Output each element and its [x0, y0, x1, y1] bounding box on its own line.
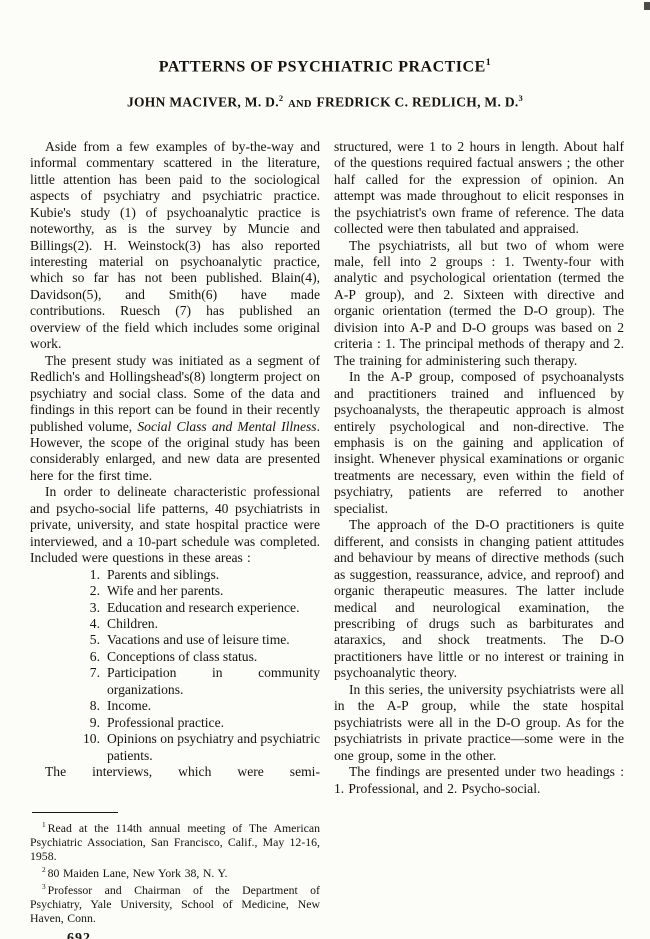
list-item: 8.Income.	[74, 698, 320, 714]
list-item-number: 7.	[74, 665, 100, 698]
right-paragraph-6: The findings are presented under two hea…	[334, 764, 624, 797]
numbered-list: 1.Parents and siblings. 2.Wife and her p…	[74, 567, 320, 764]
book-title-italic: Social Class and Mental Illness	[137, 419, 316, 434]
right-column: structured, were 1 to 2 hours in length.…	[334, 139, 624, 939]
list-item-number: 8.	[74, 698, 100, 714]
page-title-text: PATTERNS OF PSYCHIATRIC PRACTICE	[159, 58, 486, 75]
list-item-number: 10.	[74, 731, 100, 764]
left-column: Aside from a few examples of by-the-way …	[30, 139, 320, 939]
authors-conjunction: AND	[288, 99, 312, 110]
list-item-number: 5.	[74, 632, 100, 648]
list-item-text: Vacations and use of leisure time.	[107, 632, 320, 648]
list-item-text: Parents and siblings.	[107, 567, 320, 583]
list-item-text: Participation in community organizations…	[107, 665, 320, 698]
footnotes-block: 1Read at the 114th annual meeting of The…	[30, 804, 320, 925]
title-superscript: 1	[486, 57, 491, 68]
list-item-text: Income.	[107, 698, 320, 714]
list-item-number: 2.	[74, 583, 100, 599]
footnote-3: 3Professor and Chairman of the Departmen…	[30, 880, 320, 925]
footnote-2-text: 80 Maiden Lane, New York 38, N. Y.	[48, 866, 228, 880]
footnote-1: 1Read at the 114th annual meeting of The…	[30, 818, 320, 863]
list-item-text: Education and research experience.	[107, 600, 320, 616]
list-item-number: 3.	[74, 600, 100, 616]
list-item: 7.Participation in community organizatio…	[74, 665, 320, 698]
list-item-text: Professional practice.	[107, 715, 320, 731]
footnote-3-number: 3	[42, 882, 46, 891]
footnote-2-number: 2	[42, 865, 46, 874]
two-column-body: Aside from a few examples of by-the-way …	[0, 113, 650, 939]
scan-artifact-mark	[644, 2, 650, 10]
list-item-text: Children.	[107, 616, 320, 632]
list-item: 6.Conceptions of class status.	[74, 649, 320, 665]
left-paragraph-1: Aside from a few examples of by-the-way …	[30, 139, 320, 353]
author-name-2: FREDRICK C. REDLICH, M. D.	[316, 95, 518, 110]
footnote-2: 280 Maiden Lane, New York 38, N. Y.	[30, 863, 320, 880]
right-paragraph-3: In the A-P group, composed of psychoanal…	[334, 369, 624, 517]
list-item: 10.Opinions on psychiatry and psychiatri…	[74, 731, 320, 764]
list-item-number: 4.	[74, 616, 100, 632]
list-item-number: 1.	[74, 567, 100, 583]
right-paragraph-1: structured, were 1 to 2 hours in length.…	[334, 139, 624, 238]
footnote-1-text: Read at the 114th annual meeting of The …	[30, 821, 320, 863]
footnote-divider	[32, 812, 118, 813]
left-paragraph-2: The present study was initiated as a seg…	[30, 353, 320, 485]
author-name-1: JOHN MACIVER, M. D.	[127, 95, 279, 110]
right-paragraph-4: The approach of the D-O practitioners is…	[334, 517, 624, 682]
list-item: 2.Wife and her parents.	[74, 583, 320, 599]
footnote-3-text: Professor and Chairman of the Department…	[30, 883, 320, 925]
scanned-paper-page: PATTERNS OF PSYCHIATRIC PRACTICE1 JOHN M…	[0, 0, 650, 939]
list-item-number: 9.	[74, 715, 100, 731]
list-item: 1.Parents and siblings.	[74, 567, 320, 583]
page-title: PATTERNS OF PSYCHIATRIC PRACTICE1	[0, 0, 650, 77]
list-item-text: Wife and her parents.	[107, 583, 320, 599]
author-superscript-1: 2	[279, 94, 283, 103]
list-item: 9.Professional practice.	[74, 715, 320, 731]
footnote-1-number: 1	[42, 820, 46, 829]
left-paragraph-4: The interviews, which were semi-	[30, 764, 320, 780]
list-item-text: Conceptions of class status.	[107, 649, 320, 665]
page-number: 692	[67, 931, 320, 939]
left-paragraph-3: In order to delineate characteristic pro…	[30, 484, 320, 566]
list-item: 4.Children.	[74, 616, 320, 632]
right-paragraph-5: In this series, the university psychiatr…	[334, 682, 624, 764]
authors-line: JOHN MACIVER, M. D.2ANDFREDRICK C. REDLI…	[0, 91, 650, 113]
list-item-number: 6.	[74, 649, 100, 665]
list-item-text: Opinions on psychiatry and psychiatric p…	[107, 731, 320, 764]
list-item: 5.Vacations and use of leisure time.	[74, 632, 320, 648]
right-paragraph-2: The psychiatrists, all but two of whom w…	[334, 238, 624, 370]
list-item: 3.Education and research experience.	[74, 600, 320, 616]
author-superscript-2: 3	[519, 94, 523, 103]
